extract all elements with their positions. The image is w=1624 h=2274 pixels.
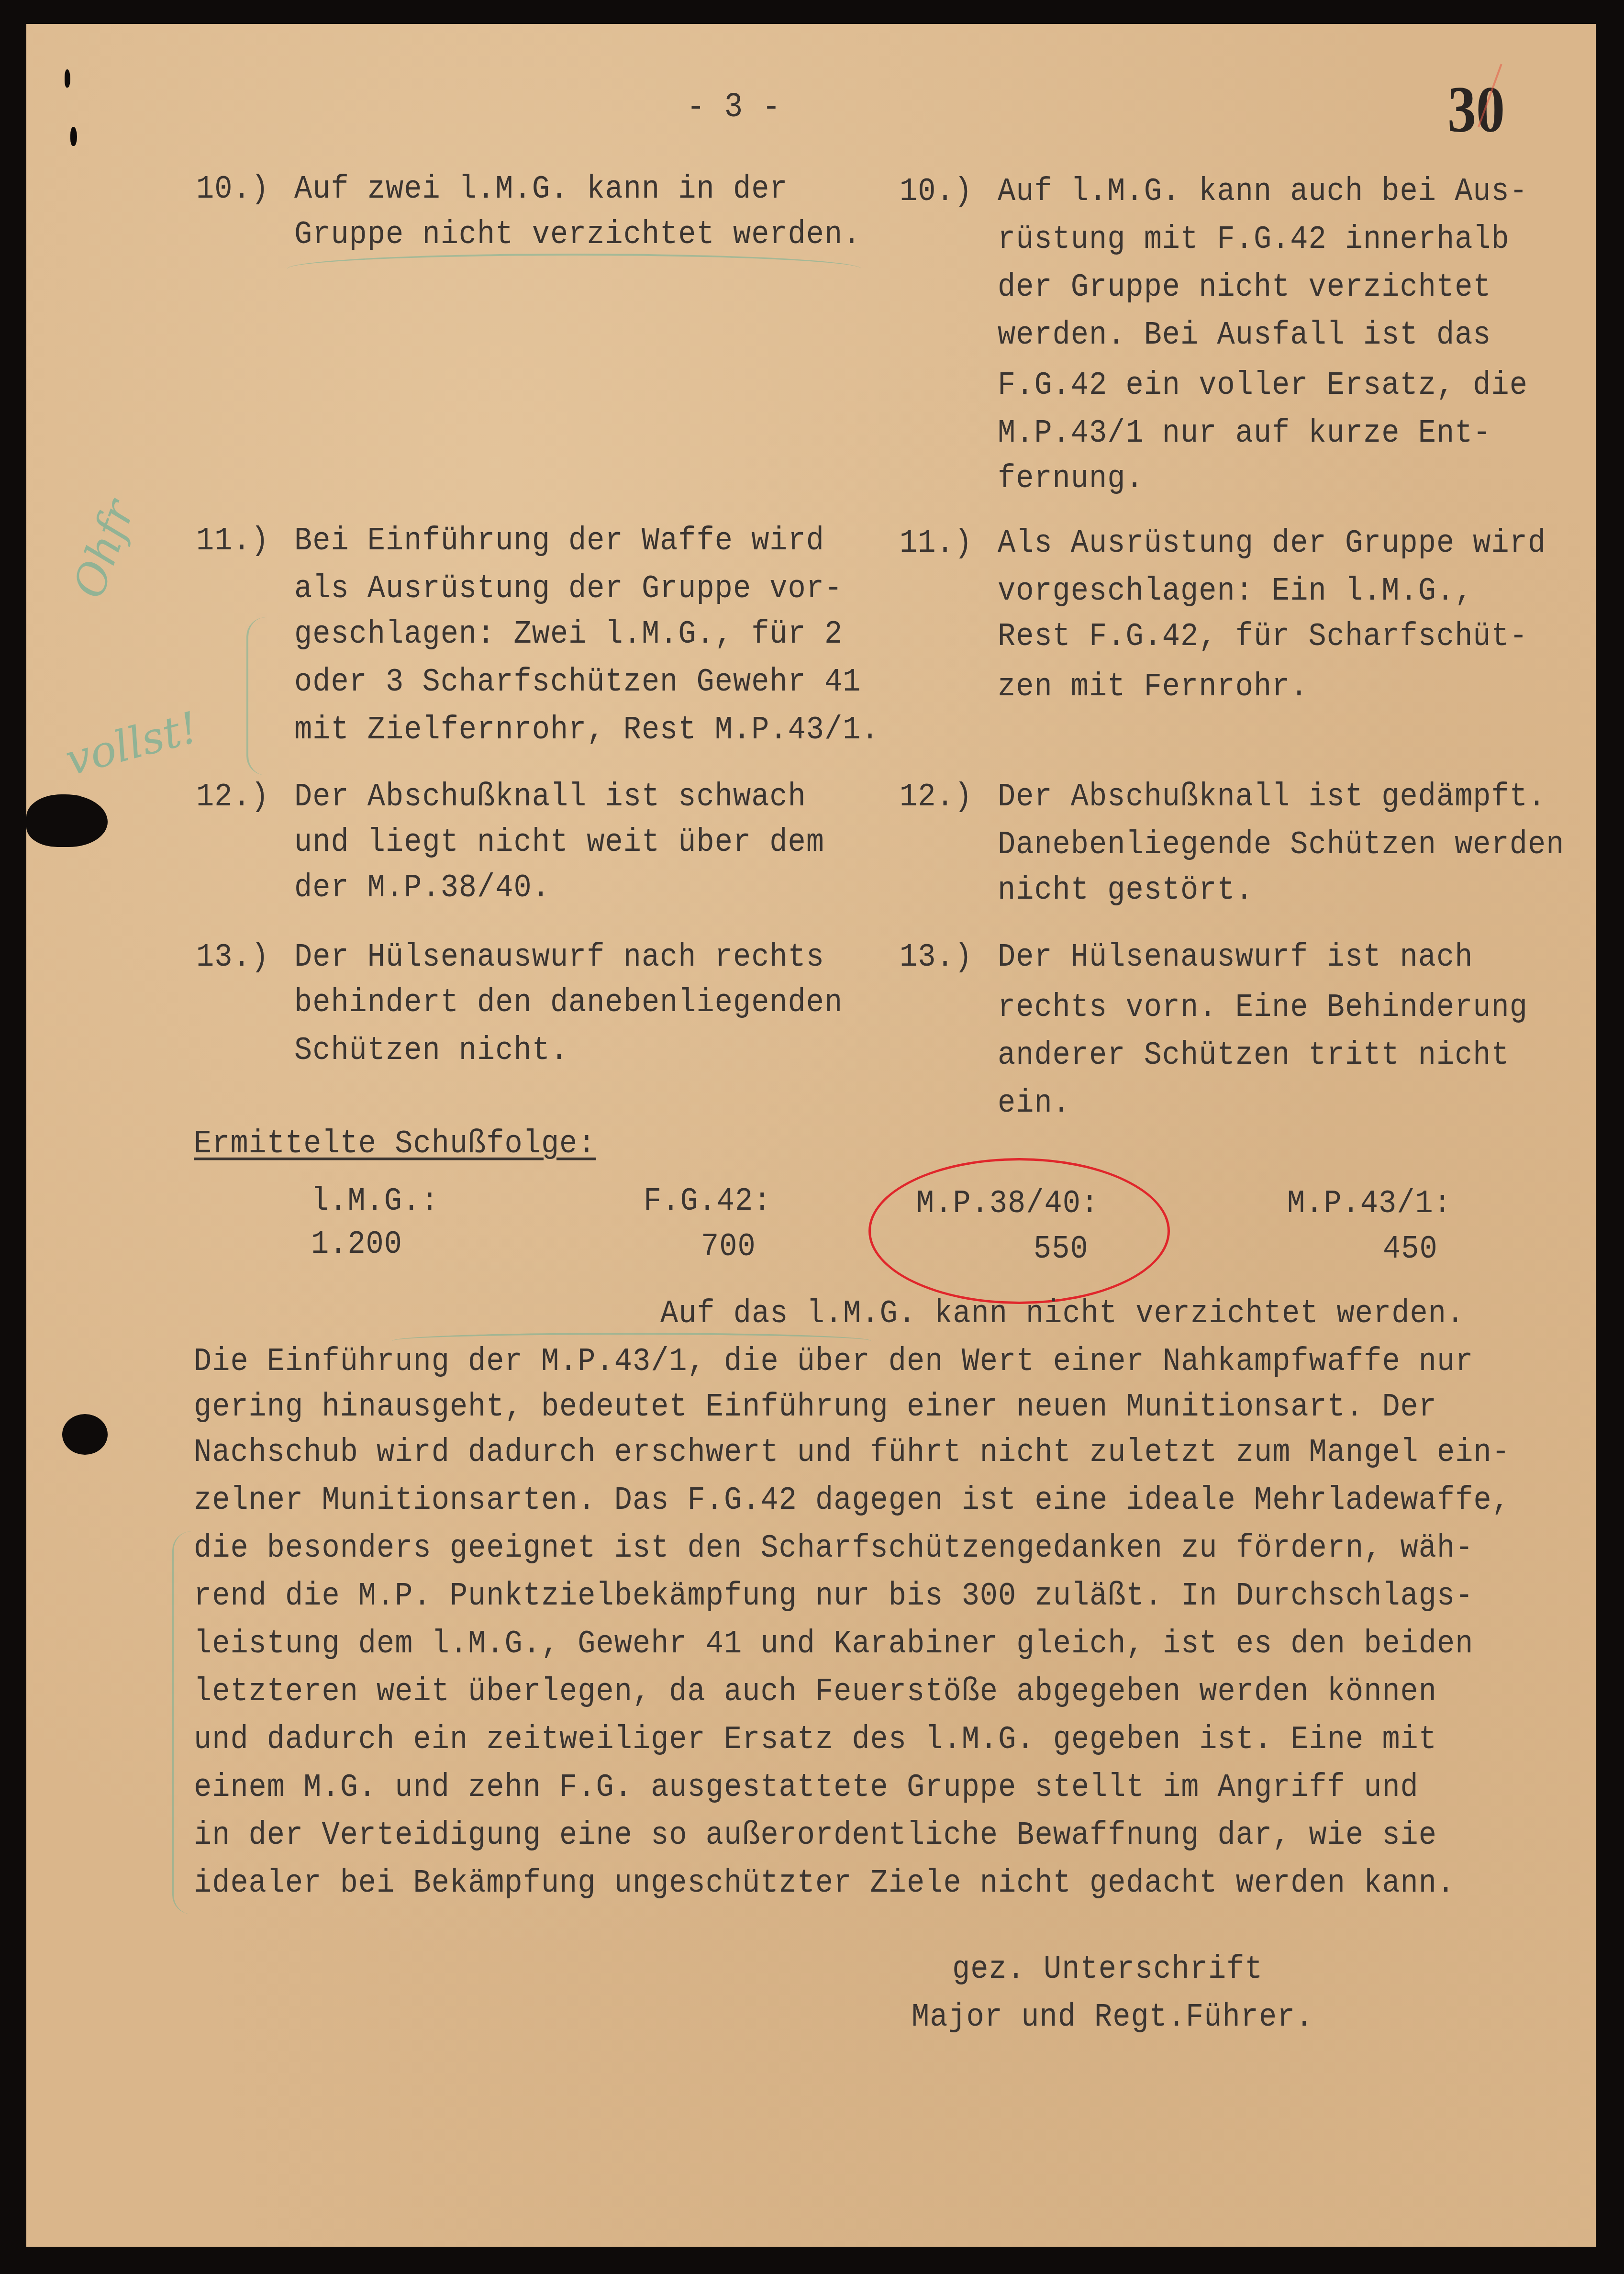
item-11-left-line: als Ausrüstung der Gruppe vor- [294,572,843,605]
item-13-left-line: Schützen nicht. [294,1034,568,1067]
item-13-right-line: anderer Schützen tritt nicht [998,1038,1510,1071]
item-10-right-line: der Gruppe nicht verzichtet [998,270,1491,303]
item-12-left-line: der M.P.38/40. [294,871,550,904]
item-12-number-right: 12.) [900,780,973,813]
item-10-right-line: F.G.42 ein voller Ersatz, die [998,368,1528,401]
item-10-right-line: rüstung mit F.G.42 innerhalb [998,223,1510,256]
conclusion-line: in der Verteidigung eine so außerordentl… [194,1818,1437,1851]
item-10-right-line: M.P.43/1 nur auf kurze Ent- [998,416,1491,449]
item-11-right-line: vorgeschlagen: Ein l.M.G., [998,574,1473,607]
item-10-left-line: Auf zwei l.M.G. kann in der [294,172,788,205]
item-11-right-line: zen mit Fernrohr. [998,670,1309,703]
item-10-left-line: Gruppe nicht verzichtet werden. [294,218,861,251]
rate-of-fire-heading: Ermittelte Schußfolge: [194,1127,596,1160]
item-10-right-line: werden. Bei Ausfall ist das [998,318,1491,351]
item-11-right-line: Rest F.G.42, für Scharfschüt- [998,620,1528,653]
weapon-label-fg42: F.G.42: [644,1184,771,1217]
item-13-left-line: Der Hülsenauswurf nach rechts [294,940,824,973]
conclusion-line: rend die M.P. Punktzielbekämpfung nur bi… [194,1579,1473,1612]
item-10-number-left: 10.) [196,172,269,205]
conclusion-line: die besonders geeignet ist den Scharfsch… [194,1531,1473,1564]
weapon-value-fg42: 700 [701,1230,756,1263]
item-12-left-line: Der Abschußknall ist schwach [294,780,806,813]
pencil-margin-line [172,1531,193,1914]
conclusion-line: einem M.G. und zehn F.G. ausgestattete G… [194,1771,1419,1804]
scan-blot-top [65,69,70,88]
signature-line: gez. Unterschrift [952,1952,1263,1985]
conclusion-line: Nachschub wird dadurch erschwert und füh… [194,1436,1510,1469]
item-13-number-right: 13.) [900,940,973,973]
item-11-left-line: Bei Einführung der Waffe wird [294,524,824,557]
item-13-left-line: behindert den danebenliegenden [294,986,843,1019]
item-10-right-line: Auf l.M.G. kann auch bei Aus- [998,175,1528,208]
item-12-right-line: Der Abschußknall ist gedämpft. [998,780,1546,813]
item-13-right-line: rechts vorn. Eine Behinderung [998,991,1528,1024]
item-13-number-left: 13.) [196,940,269,973]
conclusion-line: leistung dem l.M.G., Gewehr 41 und Karab… [194,1627,1473,1660]
item-12-number-left: 12.) [196,780,269,813]
conclusion-line: letzteren weit überlegen, da auch Feuers… [194,1675,1437,1708]
scan-blot-top-2 [70,127,77,146]
item-11-left-line: geschlagen: Zwei l.M.G., für 2 [294,617,843,650]
weapon-value-lmg: 1.200 [311,1227,402,1260]
item-12-right-line: Danebenliegende Schützen werden [998,828,1564,861]
conclusion-line: Auf das l.M.G. kann nicht verzichtet wer… [660,1297,1465,1330]
item-10-number-right: 10.) [900,175,973,208]
conclusion-line: idealer bei Bekämpfung ungeschützter Zie… [194,1866,1455,1899]
weapon-label-mp431: M.P.43/1: [1287,1187,1452,1220]
item-11-left-line: oder 3 Scharfschützen Gewehr 41 [294,665,861,698]
conclusion-line: gering hinausgeht, bedeutet Einführung e… [194,1390,1437,1423]
conclusion-line: zelner Munitionsarten. Das F.G.42 dagege… [194,1483,1510,1516]
item-13-right-line: ein. [998,1086,1071,1119]
torn-edge-blot [26,794,108,847]
item-11-number-right: 11.) [900,526,973,559]
conclusion-line: und dadurch ein zeitweiliger Ersatz des … [194,1723,1437,1756]
item-11-right-line: Als Ausrüstung der Gruppe wird [998,526,1546,559]
item-12-right-line: nicht gestört. [998,873,1254,906]
punch-hole [62,1414,108,1455]
item-11-left-line: mit Zielfernrohr, Rest M.P.43/1. [294,713,879,746]
pencil-bracket [246,617,267,775]
item-13-right-line: Der Hülsenauswurf ist nach [998,940,1473,973]
item-12-left-line: und liegt nicht weit über dem [294,825,824,858]
conclusion-line: Die Einführung der M.P.43/1, die über de… [194,1345,1473,1378]
item-10-right-line: fernung. [998,462,1144,495]
page-number: - 3 - [687,91,781,124]
weapon-label-lmg: l.M.G.: [311,1184,439,1217]
red-circle-annotation [868,1158,1170,1304]
signature-title: Major und Regt.Führer. [912,2000,1314,2033]
weapon-value-mp431: 450 [1383,1232,1438,1265]
item-11-number-left: 11.) [196,524,269,557]
pencil-stroke-1 [287,254,861,284]
